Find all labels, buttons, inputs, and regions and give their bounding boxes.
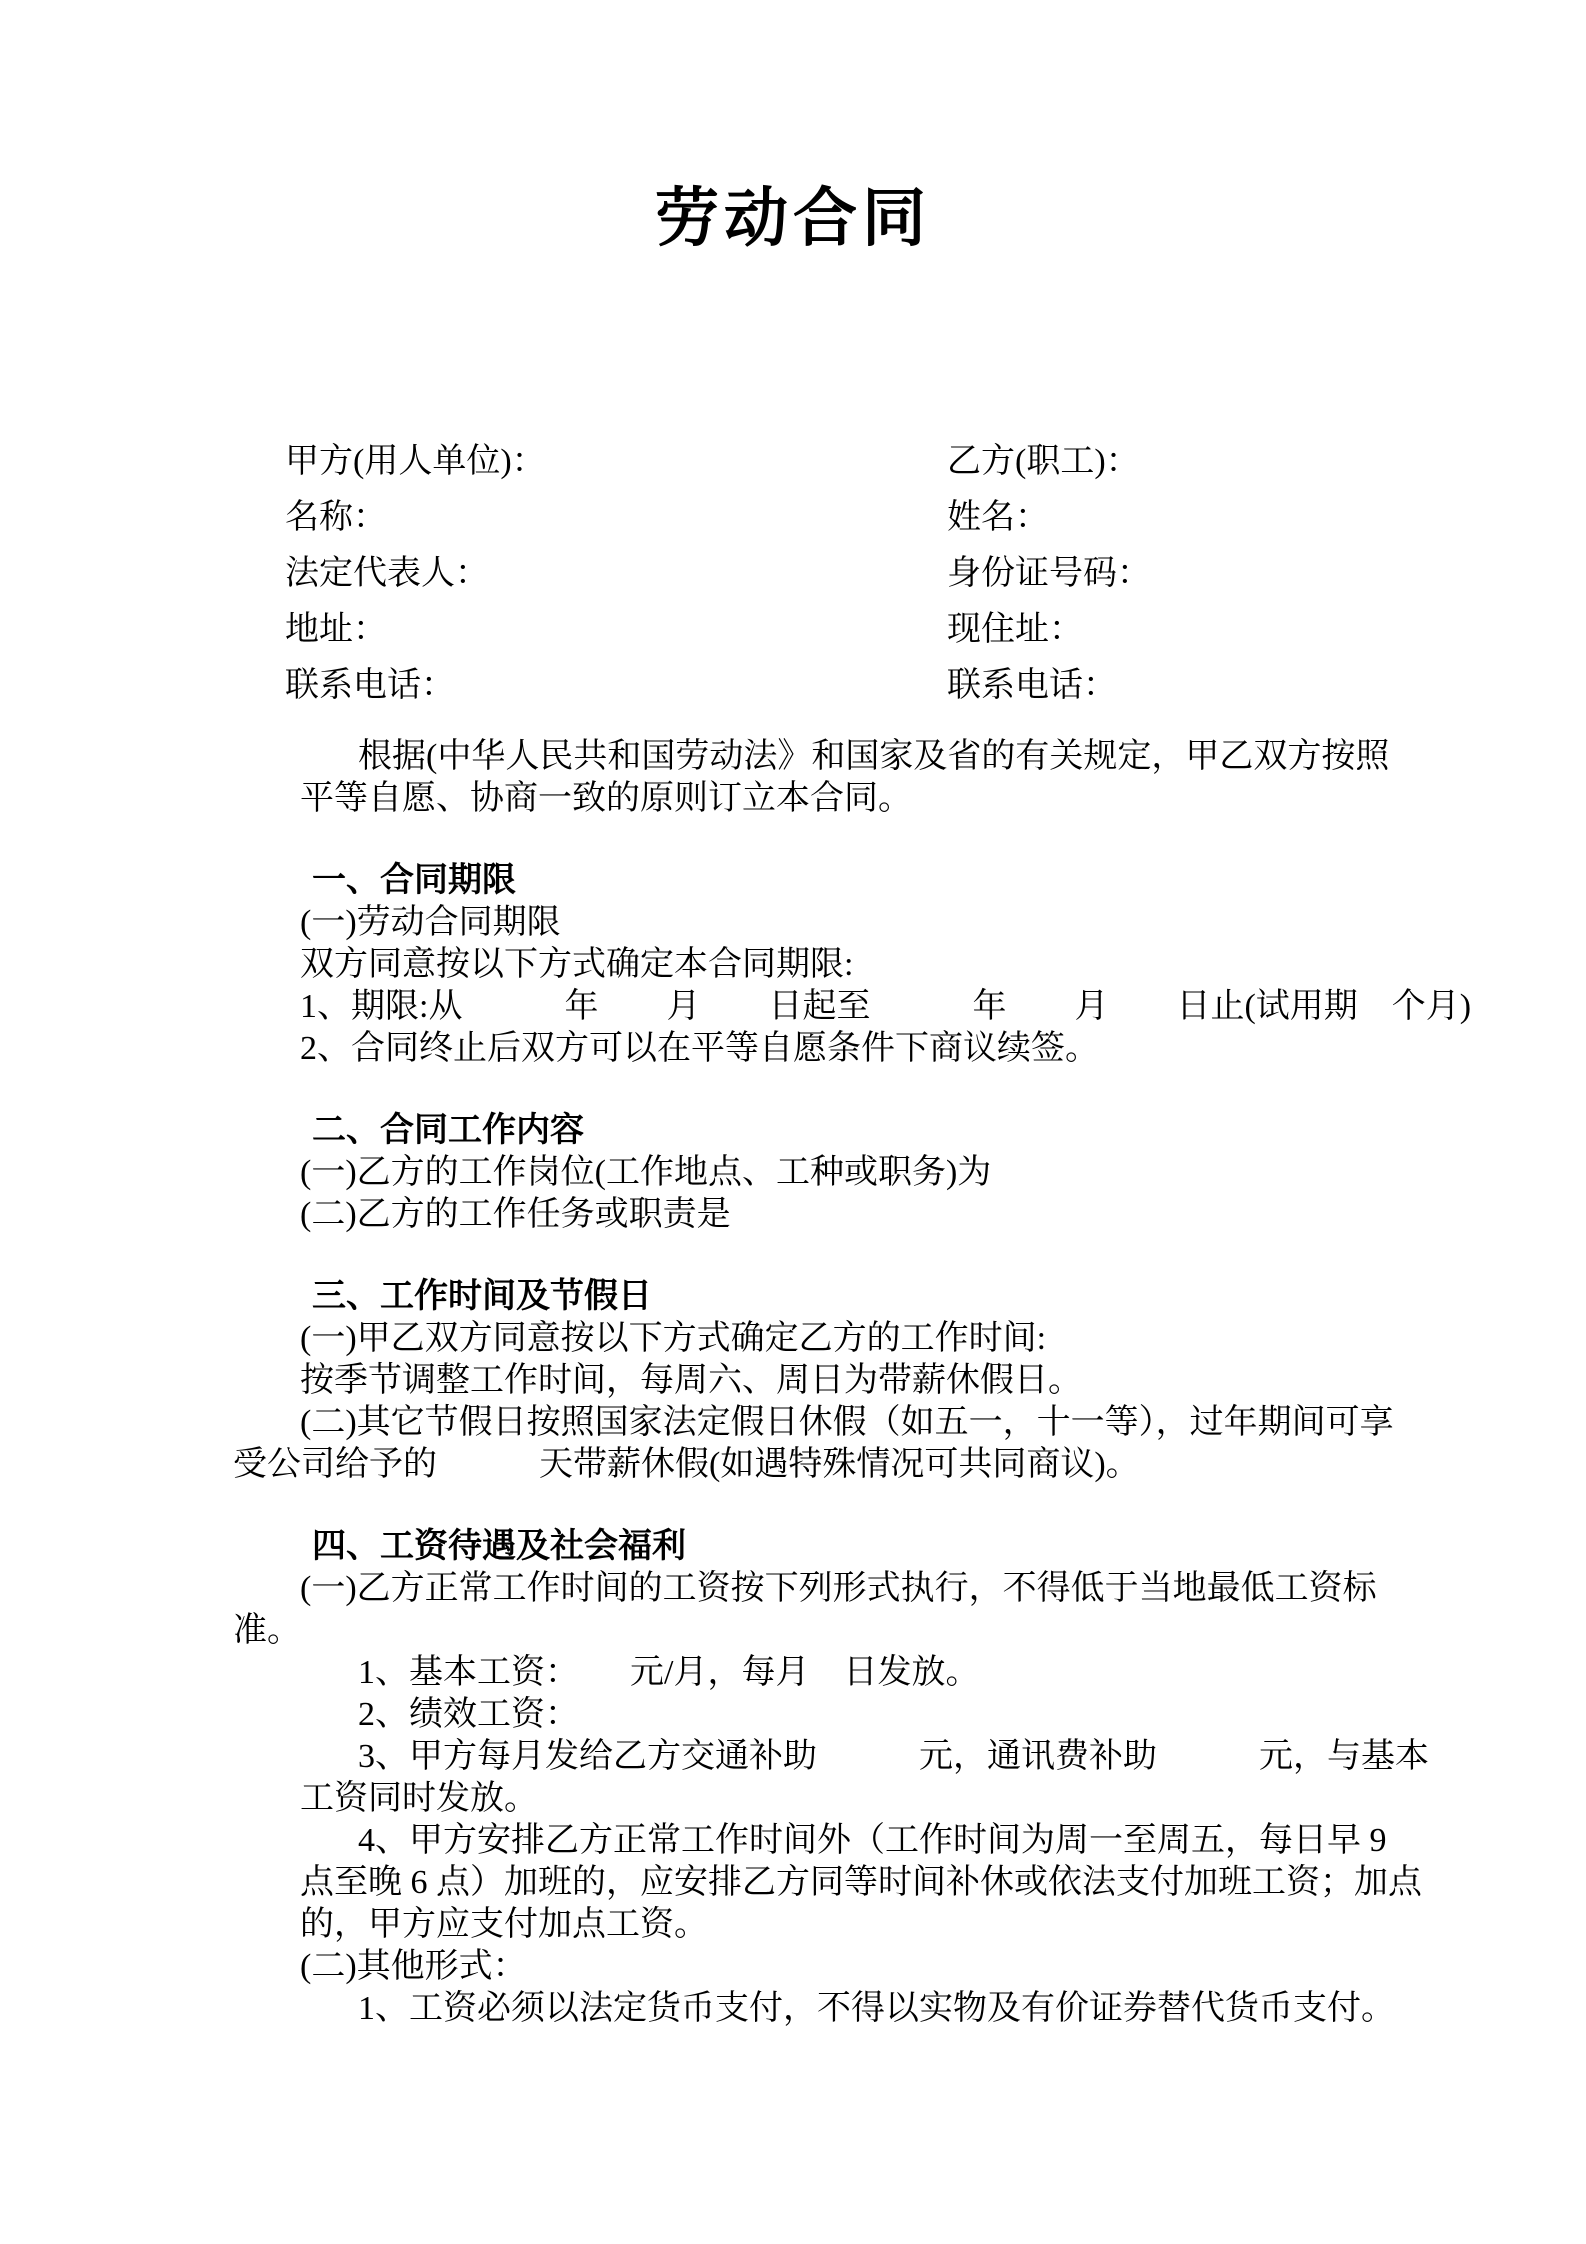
contract-line: 按季节调整工作时间，每周六、周日为带薪休假日。 xyxy=(0,1360,1586,1402)
party-b-field-label: 联系电话： xyxy=(947,658,1151,714)
party-b-field-label: 现住址： xyxy=(947,602,1151,658)
contract-line: 点至晚 6 点）加班的，应安排乙方同等时间补休或依法支付加班工资；加点 xyxy=(0,1862,1586,1904)
party-a-field-label: 名称： xyxy=(285,490,947,546)
contract-line: (二)乙方的工作任务或职责是 xyxy=(0,1194,1586,1236)
contract-body: 根据(中华人民共和国劳动法》和国家及省的有关规定，甲乙双方按照平等自愿、协商一致… xyxy=(0,736,1586,2030)
document-title: 劳动合同 xyxy=(0,0,1586,258)
contract-line: 1、基本工资： 元/月，每月 日发放。 xyxy=(0,1652,1586,1694)
contract-line: 2、合同终止后双方可以在平等自愿条件下商议续签。 xyxy=(0,1028,1586,1070)
party-a-field-label: 法定代表人： xyxy=(285,546,947,602)
party-a-field-label: 地址： xyxy=(285,602,947,658)
party-b-field-label: 姓名： xyxy=(947,490,1151,546)
contract-line: 2、绩效工资： xyxy=(0,1694,1586,1736)
contract-line: 受公司给予的 天带薪休假(如遇特殊情况可共同商议)。 xyxy=(0,1444,1586,1486)
section: 二、合同工作内容(一)乙方的工作岗位(工作地点、工种或职务)为(二)乙方的工作任… xyxy=(0,1110,1586,1236)
party-b-info: 乙方(职工)：姓名：身份证号码：现住址：联系电话： xyxy=(947,434,1151,714)
section-heading: 四、工资待遇及社会福利 xyxy=(0,1526,1586,1568)
contract-line: 1、期限:从 年 月 日起至 年 月 日止(试用期 个月) xyxy=(0,986,1586,1028)
contract-line: 双方同意按以下方式确定本合同期限: xyxy=(0,944,1586,986)
contract-line: (一)劳动合同期限 xyxy=(0,902,1586,944)
contract-line: (二)其它节假日按照国家法定假日休假（如五一，十一等），过年期间可享 xyxy=(0,1402,1586,1444)
section: 一、合同期限(一)劳动合同期限双方同意按以下方式确定本合同期限:1、期限:从 年… xyxy=(0,860,1586,1070)
contract-line: (一)甲乙双方同意按以下方式确定乙方的工作时间: xyxy=(0,1318,1586,1360)
party-info-block: 甲方(用人单位)：名称：法定代表人：地址：联系电话： 乙方(职工)：姓名：身份证… xyxy=(0,434,1586,714)
contract-line: 3、甲方每月发给乙方交通补助 元，通讯费补助 元，与基本 xyxy=(0,1736,1586,1778)
contract-line: (一)乙方正常工作时间的工资按下列形式执行，不得低于当地最低工资标 xyxy=(0,1568,1586,1610)
section: 四、工资待遇及社会福利(一)乙方正常工作时间的工资按下列形式执行，不得低于当地最… xyxy=(0,1526,1586,2030)
contract-line: 的，甲方应支付加点工资。 xyxy=(0,1904,1586,1946)
contract-line: 4、甲方安排乙方正常工作时间外（工作时间为周一至周五，每日早 9 xyxy=(0,1820,1586,1862)
contract-page: 劳动合同 甲方(用人单位)：名称：法定代表人：地址：联系电话： 乙方(职工)：姓… xyxy=(0,0,1586,2244)
contract-line: 准。 xyxy=(0,1610,1586,1652)
section-heading: 三、工作时间及节假日 xyxy=(0,1276,1586,1318)
section-heading: 一、合同期限 xyxy=(0,860,1586,902)
contract-line: (二)其他形式： xyxy=(0,1946,1586,1988)
intro-paragraph: 根据(中华人民共和国劳动法》和国家及省的有关规定，甲乙双方按照平等自愿、协商一致… xyxy=(0,736,1586,820)
party-b-field-label: 乙方(职工)： xyxy=(947,434,1151,490)
party-a-field-label: 联系电话： xyxy=(285,658,947,714)
contract-line: 1、工资必须以法定货币支付，不得以实物及有价证券替代货币支付。 xyxy=(0,1988,1586,2030)
contract-sections: 一、合同期限(一)劳动合同期限双方同意按以下方式确定本合同期限:1、期限:从 年… xyxy=(0,860,1586,2030)
party-b-field-label: 身份证号码： xyxy=(947,546,1151,602)
intro-line: 根据(中华人民共和国劳动法》和国家及省的有关规定，甲乙双方按照 xyxy=(0,736,1586,778)
section: 三、工作时间及节假日(一)甲乙双方同意按以下方式确定乙方的工作时间:按季节调整工… xyxy=(0,1276,1586,1486)
contract-line: 工资同时发放。 xyxy=(0,1778,1586,1820)
party-a-field-label: 甲方(用人单位)： xyxy=(285,434,947,490)
section-heading: 二、合同工作内容 xyxy=(0,1110,1586,1152)
intro-line: 平等自愿、协商一致的原则订立本合同。 xyxy=(0,778,1586,820)
party-a-info: 甲方(用人单位)：名称：法定代表人：地址：联系电话： xyxy=(285,434,947,714)
contract-line: (一)乙方的工作岗位(工作地点、工种或职务)为 xyxy=(0,1152,1586,1194)
